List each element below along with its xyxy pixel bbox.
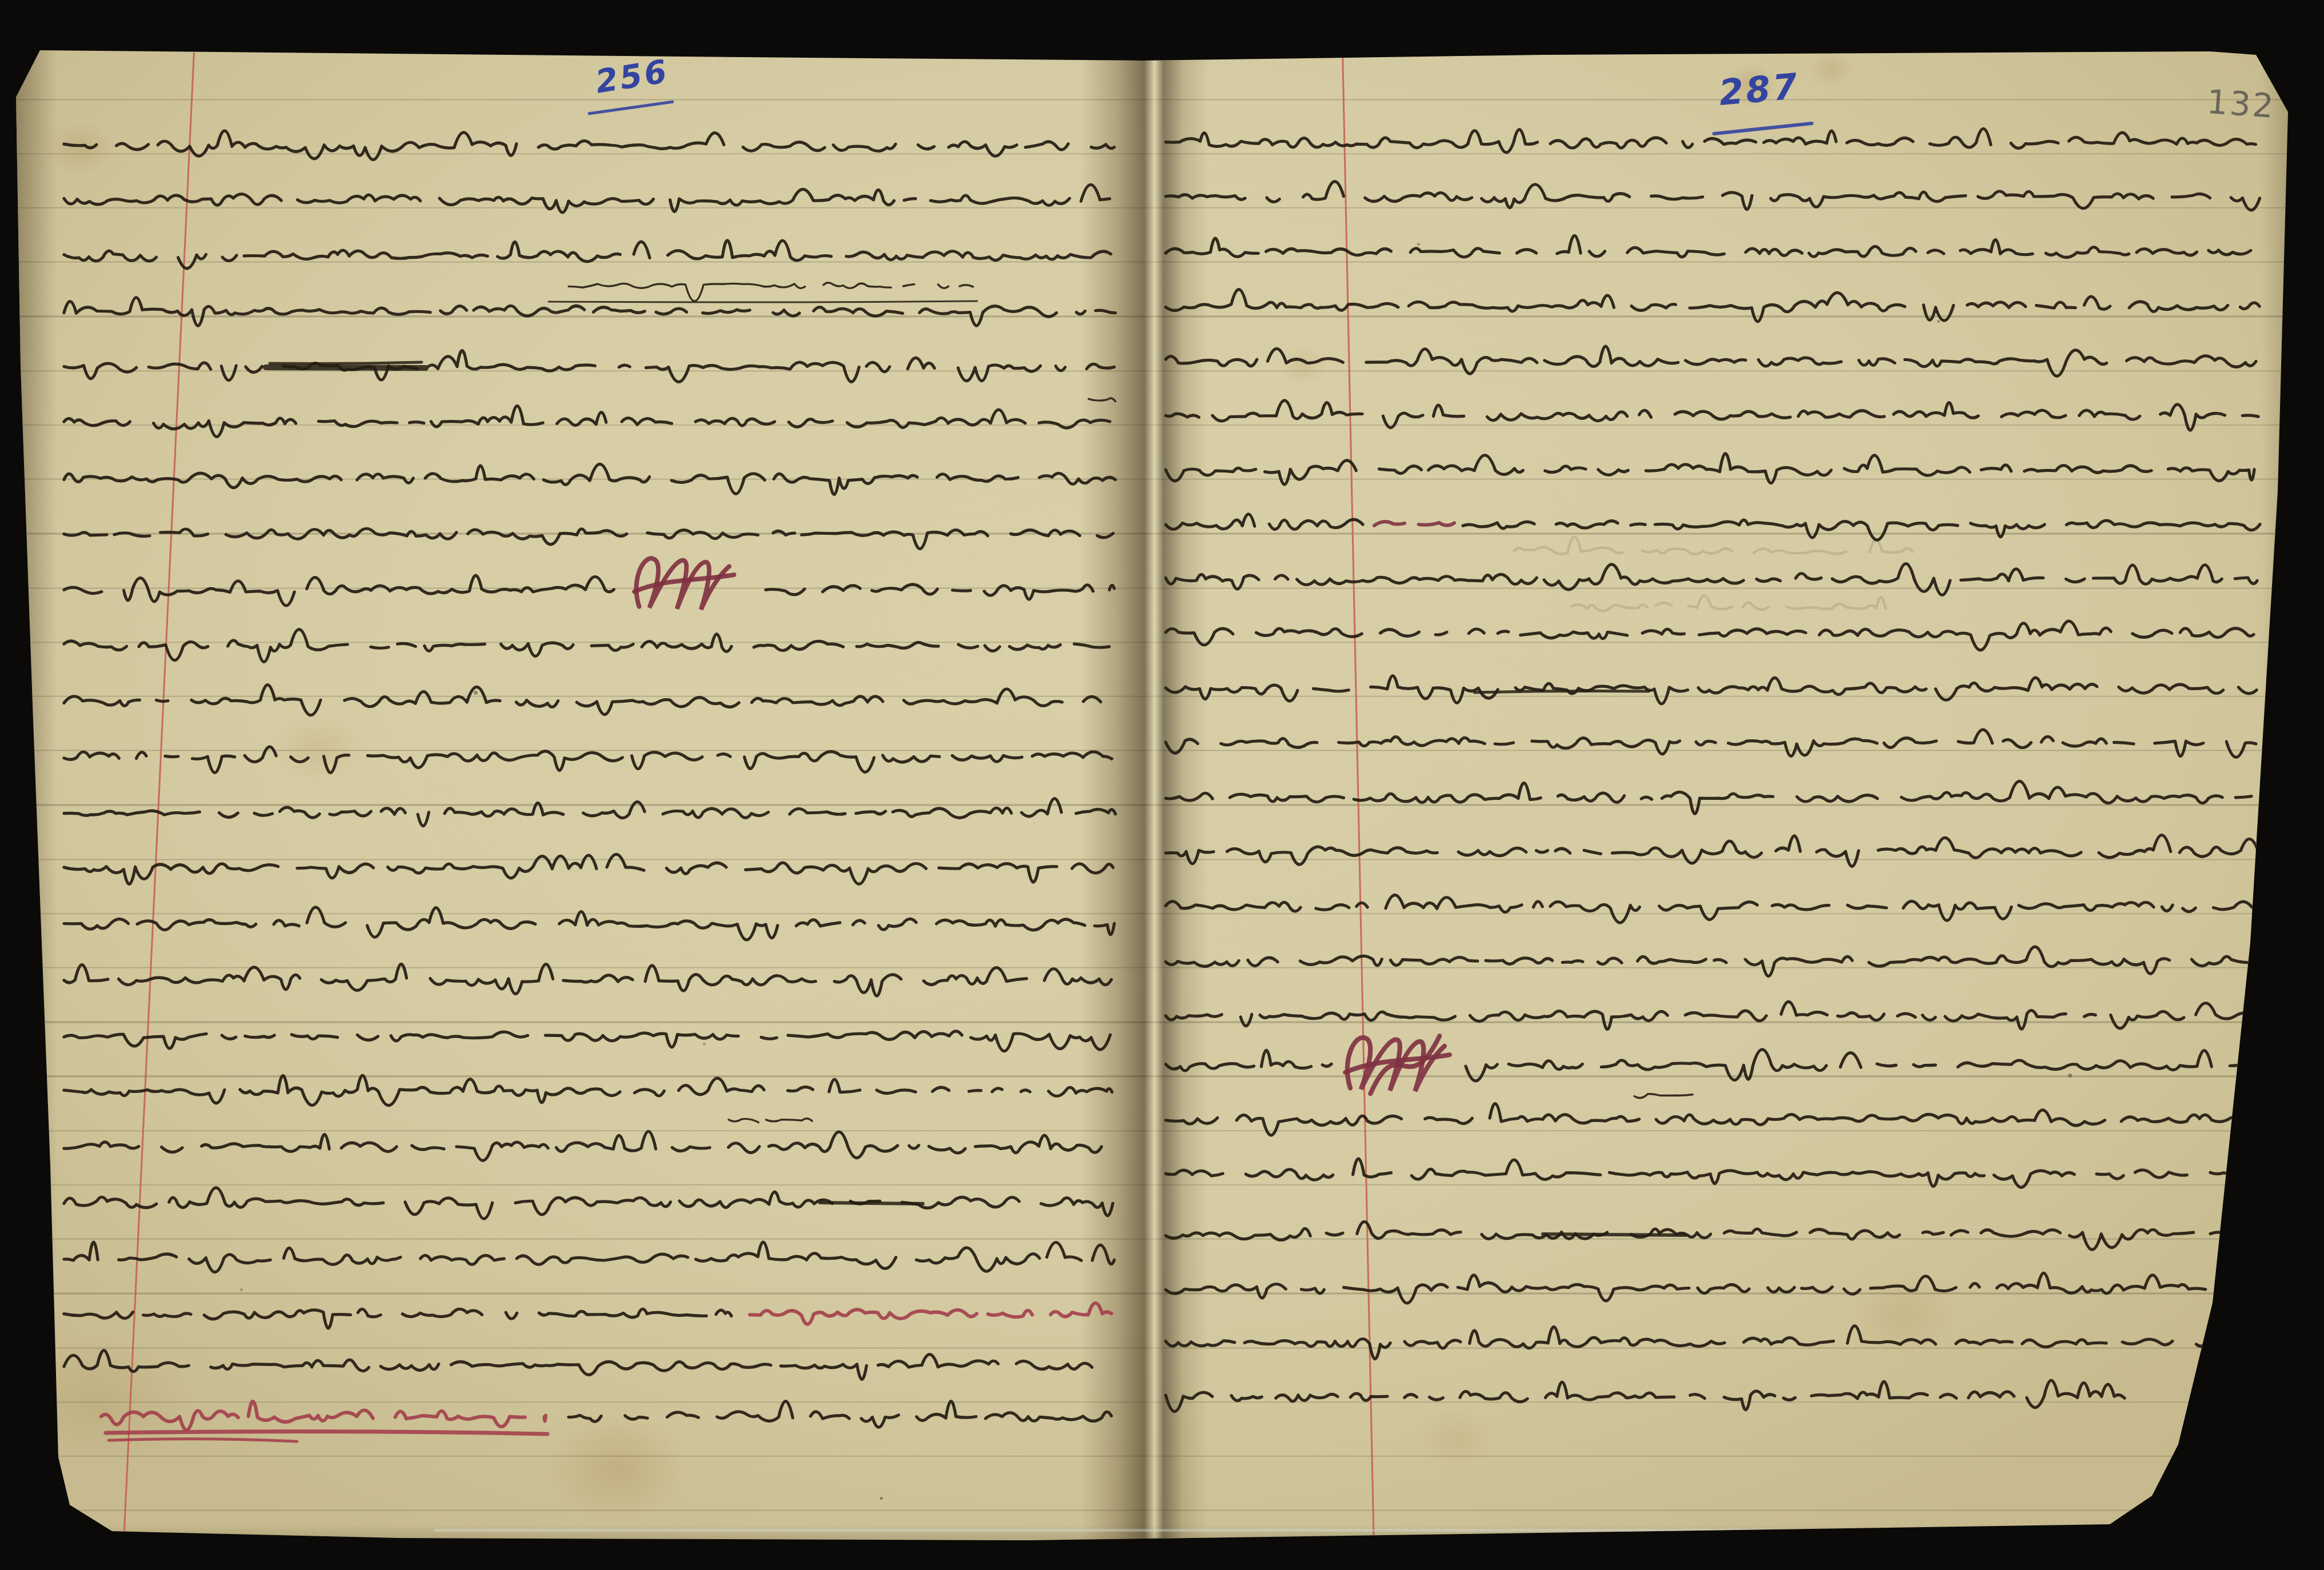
paper-stains	[0, 0, 2324, 1570]
left-page-number: 256	[593, 53, 671, 101]
red-monogram-mark	[1345, 1036, 1450, 1094]
notebook-spread: 256 287 132	[0, 0, 2324, 1570]
right-page-number-underline	[1712, 122, 1814, 136]
edge-vignette	[0, 0, 2324, 1570]
left-page-margin-line	[123, 53, 195, 1534]
folio-number: 132	[2206, 82, 2277, 126]
left-page-number-underline	[587, 100, 674, 115]
red-monogram-mark	[634, 558, 734, 610]
ruled-lines	[0, 0, 2324, 1570]
handwriting-layer	[0, 0, 2324, 1570]
gutter-fold	[1080, 0, 1209, 1570]
manuscript-scan: 256 287 132	[0, 0, 2324, 1570]
page-bottom-edge-highlight	[434, 1529, 1886, 1532]
foxing-specks	[0, 0, 3, 3]
right-page-number: 287	[1717, 65, 1801, 114]
right-page-margin-line	[1342, 51, 1374, 1536]
